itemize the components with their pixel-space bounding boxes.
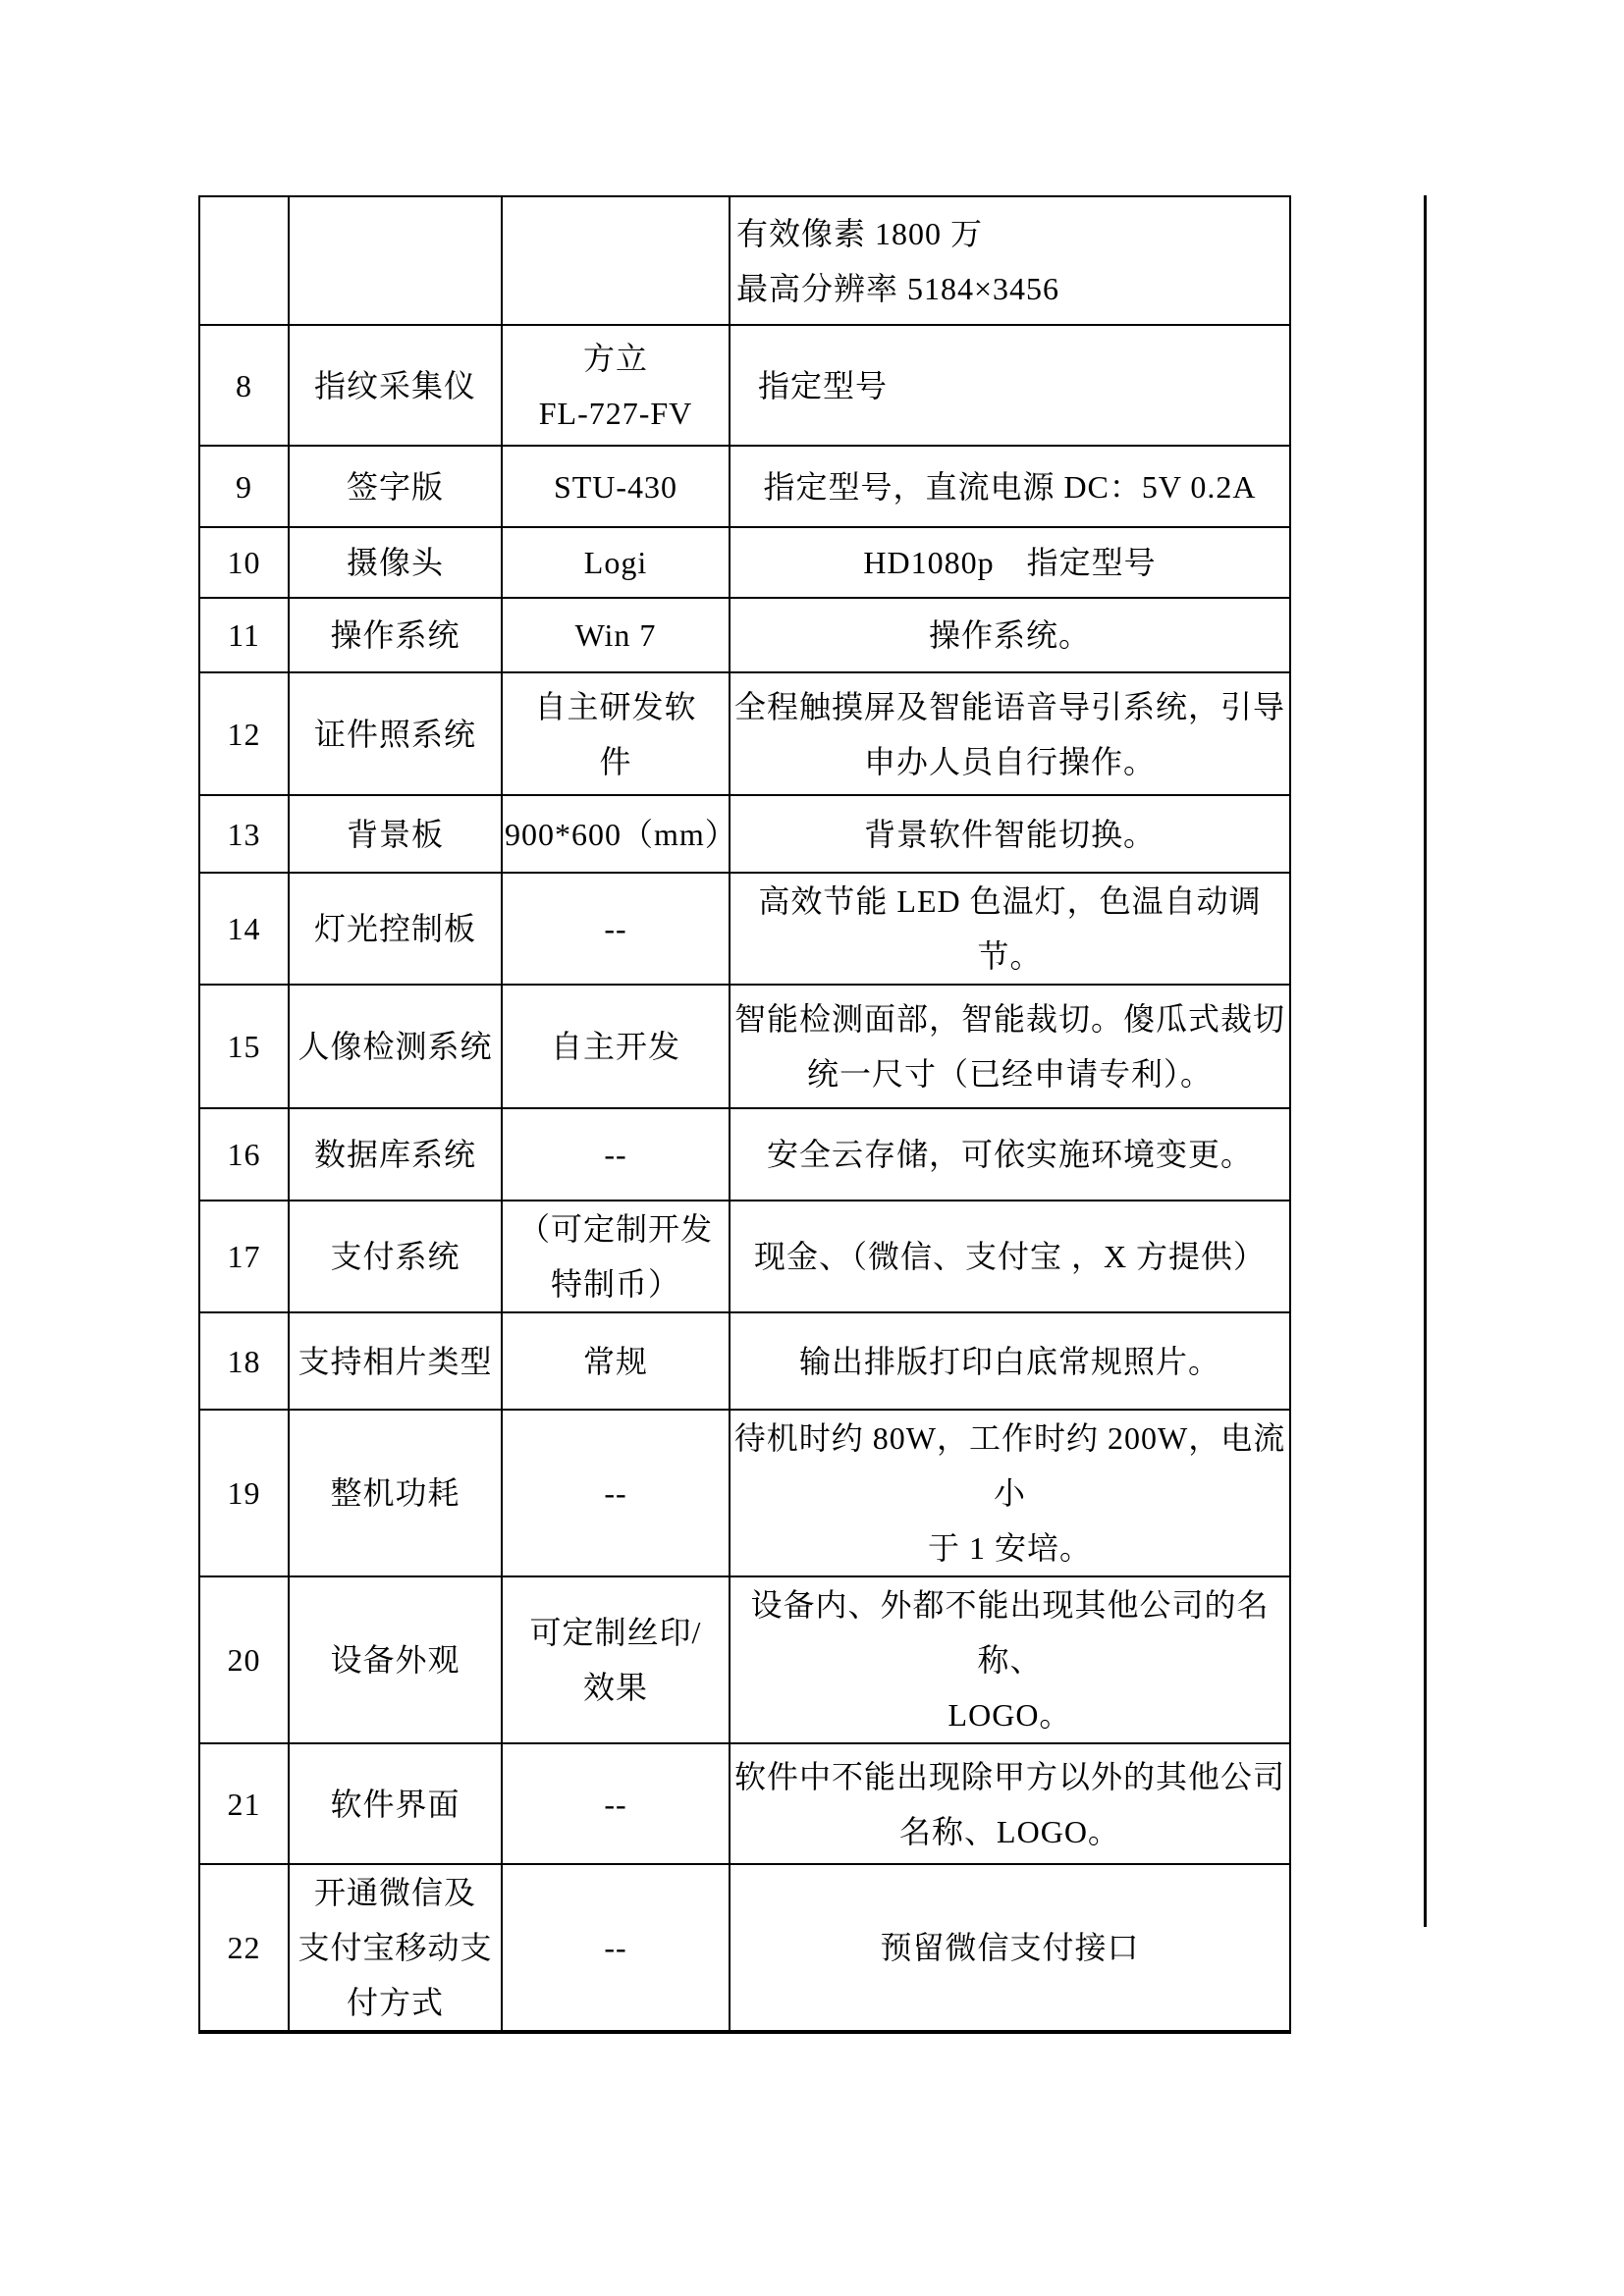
model-cell: Logi [502, 527, 730, 598]
document-page: 有效像素 1800 万 最高分辨率 5184×3456 8 指纹采集仪 方立 F… [0, 0, 1624, 2296]
model-cell [502, 196, 730, 325]
table-row-12: 12 证件照系统 自主研发软 件 全程触摸屏及智能语音导引系统，引导 申办人员自… [199, 672, 1290, 795]
row-number-cell: 20 [199, 1576, 289, 1743]
description-cell: 安全云存储，可依实施环境变更。 [730, 1108, 1290, 1201]
item-name-cell: 开通微信及 支付宝移动支 付方式 [289, 1864, 502, 2032]
item-name-cell: 人像检测系统 [289, 985, 502, 1108]
item-name-cell: 背景板 [289, 795, 502, 873]
model-cell: -- [502, 1743, 730, 1864]
table-row-14: 14 灯光控制板 -- 高效节能 LED 色温灯，色温自动调节。 [199, 873, 1290, 985]
model-cell: -- [502, 1864, 730, 2032]
description-cell: 现金、（微信、支付宝 ，X 方提供） [730, 1201, 1290, 1312]
revision-margin-bar [1424, 195, 1427, 1927]
description-cell: 背景软件智能切换。 [730, 795, 1290, 873]
model-cell: -- [502, 1108, 730, 1201]
row-number-cell: 11 [199, 598, 289, 672]
row-number-cell: 15 [199, 985, 289, 1108]
description-cell: 待机时约 80W，工作时约 200W，电流小 于 1 安培。 [730, 1410, 1290, 1576]
item-name-cell: 数据库系统 [289, 1108, 502, 1201]
equipment-spec-table: 有效像素 1800 万 最高分辨率 5184×3456 8 指纹采集仪 方立 F… [198, 195, 1291, 2034]
item-name-cell: 指纹采集仪 [289, 325, 502, 446]
table-row-15: 15 人像检测系统 自主开发 智能检测面部，智能裁切。傻瓜式裁切 统一尺寸（已经… [199, 985, 1290, 1108]
description-cell: 预留微信支付接口 [730, 1864, 1290, 2032]
table-row-9: 9 签字版 STU-430 指定型号，直流电源 DC：5V 0.2A [199, 446, 1290, 527]
row-number-cell: 8 [199, 325, 289, 446]
table-row-10: 10 摄像头 Logi HD1080p 指定型号 [199, 527, 1290, 598]
description-cell: 高效节能 LED 色温灯，色温自动调节。 [730, 873, 1290, 985]
table-row-20: 20 设备外观 可定制丝印/ 效果 设备内、外都不能出现其他公司的名称、 LOG… [199, 1576, 1290, 1743]
model-cell: （可定制开发 特制币） [502, 1201, 730, 1312]
item-name-cell: 支付系统 [289, 1201, 502, 1312]
table-row-16: 16 数据库系统 -- 安全云存储，可依实施环境变更。 [199, 1108, 1290, 1201]
row-number-cell: 21 [199, 1743, 289, 1864]
description-cell: 输出排版打印白底常规照片。 [730, 1312, 1290, 1410]
table-row-11: 11 操作系统 Win 7 操作系统。 [199, 598, 1290, 672]
row-number-cell: 9 [199, 446, 289, 527]
row-number-cell: 18 [199, 1312, 289, 1410]
item-name-cell [289, 196, 502, 325]
table-row-13: 13 背景板 900*600（mm） 背景软件智能切换。 [199, 795, 1290, 873]
row-number-cell: 17 [199, 1201, 289, 1312]
item-name-cell: 签字版 [289, 446, 502, 527]
description-cell: 软件中不能出现除甲方以外的其他公司 名称、LOGO。 [730, 1743, 1290, 1864]
item-name-cell: 摄像头 [289, 527, 502, 598]
description-cell: 有效像素 1800 万 最高分辨率 5184×3456 [730, 196, 1290, 325]
item-name-cell: 设备外观 [289, 1576, 502, 1743]
row-number-cell: 13 [199, 795, 289, 873]
description-cell: 指定型号 [730, 325, 1290, 446]
row-number-cell: 16 [199, 1108, 289, 1201]
item-name-cell: 软件界面 [289, 1743, 502, 1864]
table-row-19: 19 整机功耗 -- 待机时约 80W，工作时约 200W，电流小 于 1 安培… [199, 1410, 1290, 1576]
item-name-cell: 灯光控制板 [289, 873, 502, 985]
table-row-18: 18 支持相片类型 常规 输出排版打印白底常规照片。 [199, 1312, 1290, 1410]
model-cell: 自主研发软 件 [502, 672, 730, 795]
table-row-22: 22 开通微信及 支付宝移动支 付方式 -- 预留微信支付接口 [199, 1864, 1290, 2032]
model-cell: 900*600（mm） [502, 795, 730, 873]
model-cell: STU-430 [502, 446, 730, 527]
model-cell: 常规 [502, 1312, 730, 1410]
description-cell: 智能检测面部，智能裁切。傻瓜式裁切 统一尺寸（已经申请专利）。 [730, 985, 1290, 1108]
row-number-cell: 14 [199, 873, 289, 985]
model-cell: 自主开发 [502, 985, 730, 1108]
model-cell: Win 7 [502, 598, 730, 672]
description-cell: 操作系统。 [730, 598, 1290, 672]
table-row-21: 21 软件界面 -- 软件中不能出现除甲方以外的其他公司 名称、LOGO。 [199, 1743, 1290, 1864]
model-cell: 方立 FL-727-FV [502, 325, 730, 446]
row-number-cell: 12 [199, 672, 289, 795]
row-number-cell: 19 [199, 1410, 289, 1576]
model-cell: -- [502, 1410, 730, 1576]
table-row-continuation: 有效像素 1800 万 最高分辨率 5184×3456 [199, 196, 1290, 325]
spec-table-body: 有效像素 1800 万 最高分辨率 5184×3456 8 指纹采集仪 方立 F… [199, 196, 1290, 2032]
item-name-cell: 操作系统 [289, 598, 502, 672]
description-cell: 指定型号，直流电源 DC：5V 0.2A [730, 446, 1290, 527]
row-number-cell: 10 [199, 527, 289, 598]
row-number-cell [199, 196, 289, 325]
item-name-cell: 整机功耗 [289, 1410, 502, 1576]
item-name-cell: 证件照系统 [289, 672, 502, 795]
table-row-17: 17 支付系统 （可定制开发 特制币） 现金、（微信、支付宝 ，X 方提供） [199, 1201, 1290, 1312]
description-cell: 设备内、外都不能出现其他公司的名称、 LOGO。 [730, 1576, 1290, 1743]
description-cell: 全程触摸屏及智能语音导引系统，引导 申办人员自行操作。 [730, 672, 1290, 795]
item-name-cell: 支持相片类型 [289, 1312, 502, 1410]
model-cell: 可定制丝印/ 效果 [502, 1576, 730, 1743]
description-cell: HD1080p 指定型号 [730, 527, 1290, 598]
model-cell: -- [502, 873, 730, 985]
table-row-8: 8 指纹采集仪 方立 FL-727-FV 指定型号 [199, 325, 1290, 446]
row-number-cell: 22 [199, 1864, 289, 2032]
